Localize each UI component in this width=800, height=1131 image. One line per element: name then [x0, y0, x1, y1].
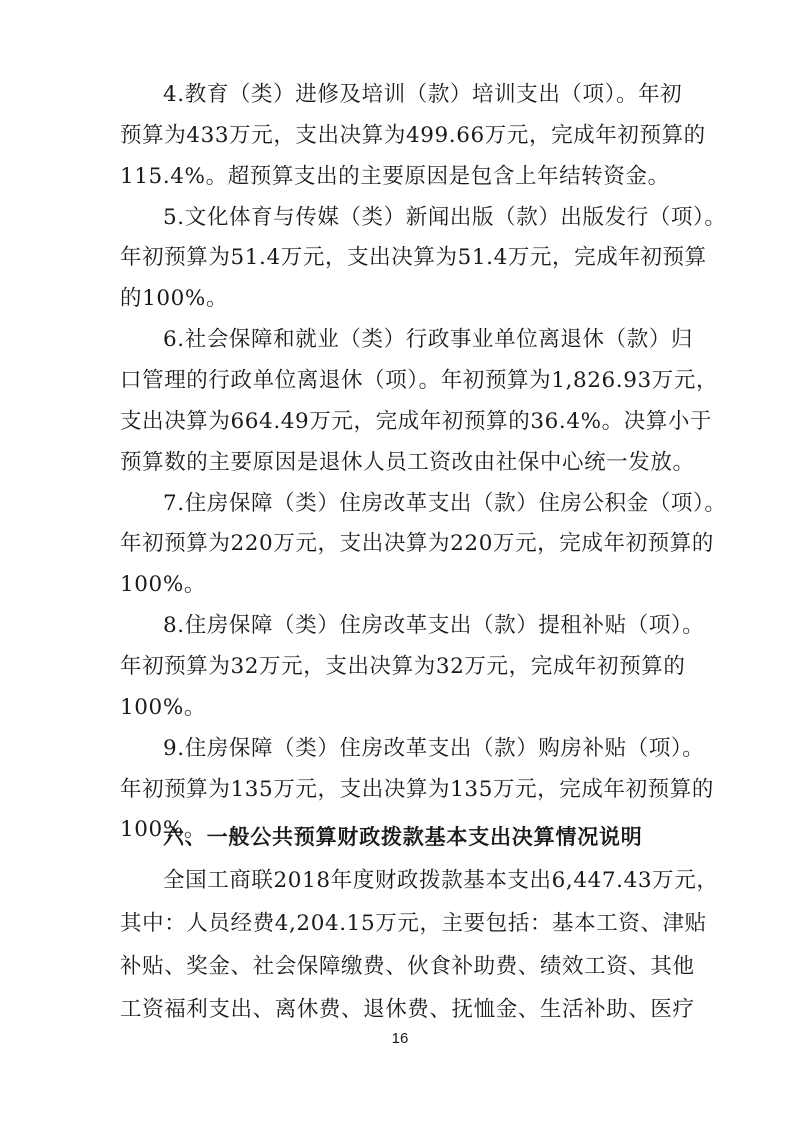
paragraph-line: 支出决算为664.49万元，完成年初预算的36.4%。决算小于: [120, 407, 680, 437]
paragraph-line: 的100%。: [120, 284, 680, 314]
paragraph-line: 5.文化体育与传媒（类）新闻出版（款）出版发行（项）。: [163, 203, 723, 233]
section-body-line: 补贴、奖金、社会保障缴费、伙食补助费、绩效工资、其他: [120, 952, 680, 982]
paragraph-line: 100%。: [120, 570, 680, 600]
page-number: 16: [0, 1030, 800, 1047]
section-body-line: 其中：人员经费4,204.15万元，主要包括：基本工资、津贴: [120, 909, 680, 939]
paragraph-line: 年初预算为51.4万元，支出决算为51.4万元，完成年初预算: [120, 243, 680, 273]
paragraph-line: 7.住房保障（类）住房改革支出（款）住房公积金（项）。: [163, 489, 723, 519]
paragraph-line: 6.社会保障和就业（类）行政事业单位离退休（款）归: [163, 325, 723, 355]
paragraph-line: 预算为433万元，支出决算为499.66万元，完成年初预算的: [120, 121, 680, 151]
paragraph-line: 8.住房保障（类）住房改革支出（款）提租补贴（项）。: [163, 611, 723, 641]
paragraph-line: 年初预算为135万元，支出决算为135万元，完成年初预算的: [120, 775, 680, 805]
paragraph-line: 115.4%。超预算支出的主要原因是包含上年结转资金。: [120, 162, 680, 192]
paragraph-line: 年初预算为32万元，支出决算为32万元，完成年初预算的: [120, 652, 680, 682]
section-body-line: 工资福利支出、离休费、退休费、抚恤金、生活补助、医疗: [120, 995, 680, 1025]
paragraph-line: 口管理的行政单位离退休（项）。年初预算为1,826.93万元，: [120, 366, 680, 396]
paragraph-line: 年初预算为220万元，支出决算为220万元，完成年初预算的: [120, 529, 680, 559]
paragraph-line: 4.教育（类）进修及培训（款）培训支出（项）。年初: [163, 80, 723, 110]
paragraph-line: 预算数的主要原因是退休人员工资改由社保中心统一发放。: [120, 448, 680, 478]
section-body-line: 全国工商联2018年度财政拨款基本支出6,447.43万元，: [163, 866, 723, 896]
paragraph-line: 9.住房保障（类）住房改革支出（款）购房补贴（项）。: [163, 734, 723, 764]
paragraph-line: 100%。: [120, 693, 680, 723]
section-heading: 六、一般公共预算财政拨款基本支出决算情况说明: [163, 822, 723, 852]
